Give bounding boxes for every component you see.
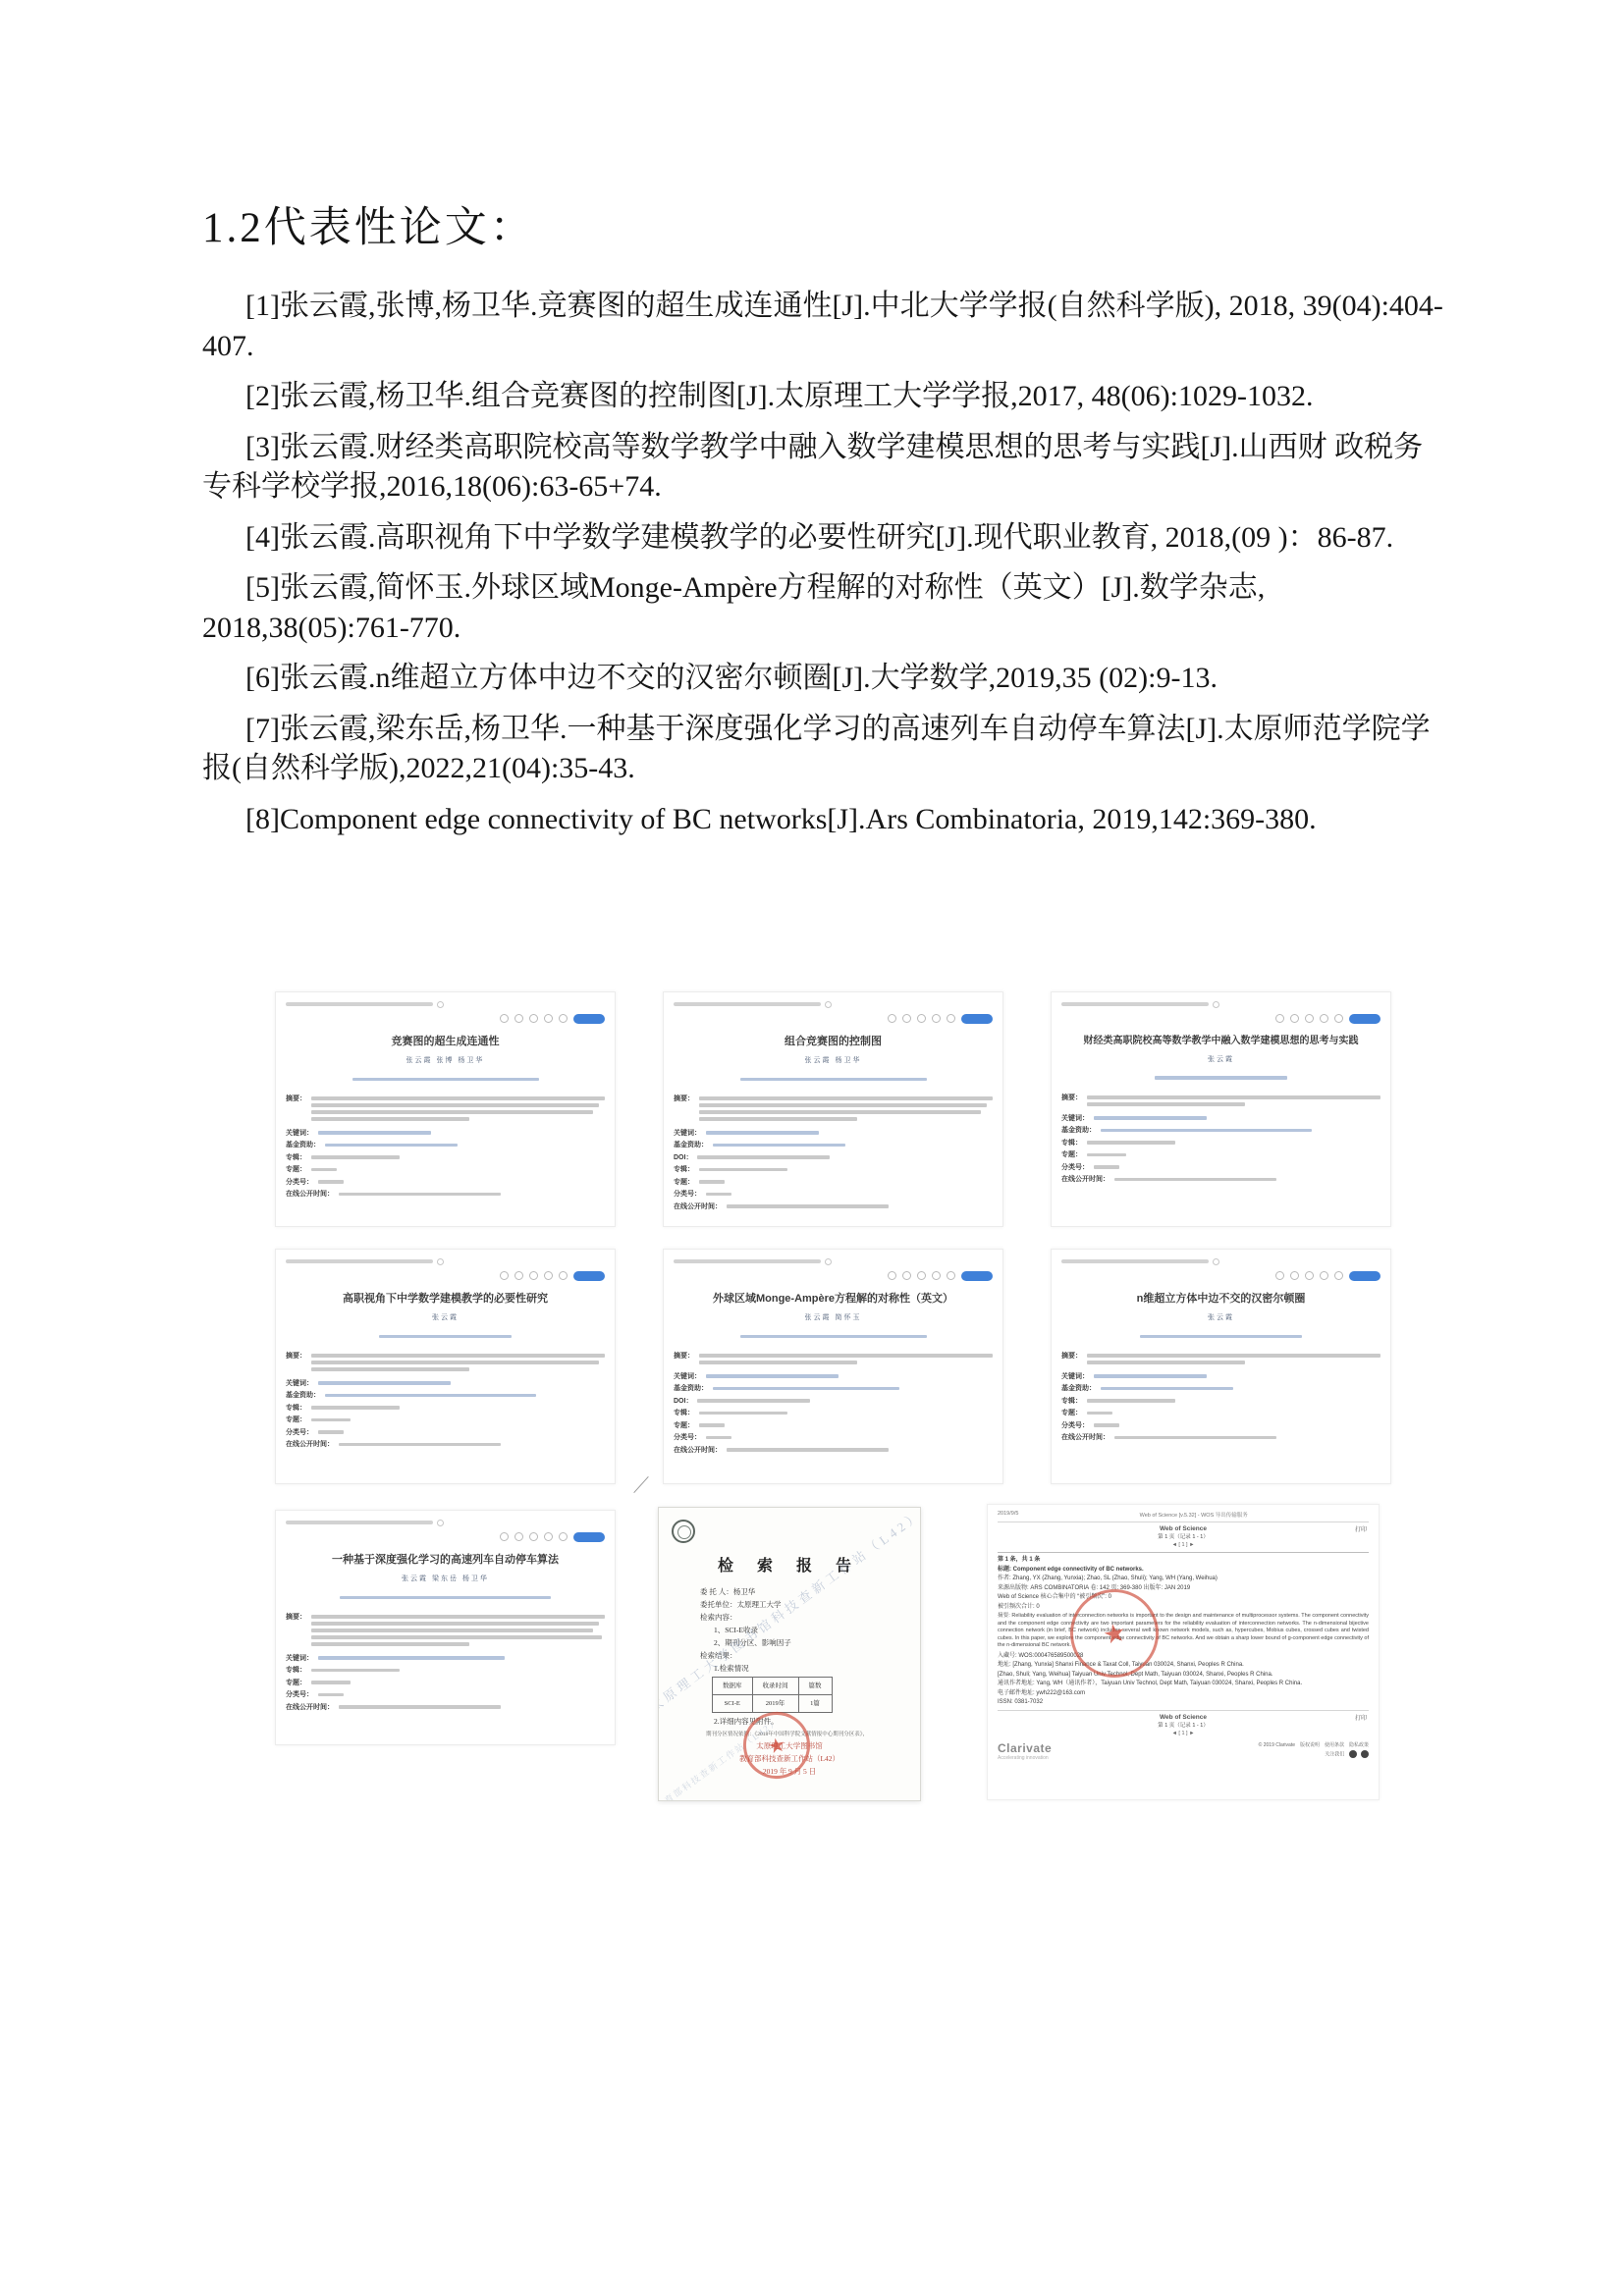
toolbar-icon bbox=[529, 1271, 538, 1280]
blurred-text-bar bbox=[1094, 1423, 1119, 1427]
toolbar-icon bbox=[1275, 1014, 1284, 1023]
blurred-text-bar bbox=[311, 1669, 400, 1673]
page-indicator: 第 1 页（记录 1 - 1） bbox=[998, 1533, 1369, 1541]
blurred-text-line bbox=[699, 1103, 987, 1107]
keywords-label: 关键词： bbox=[674, 1130, 701, 1137]
thumb-breadcrumb bbox=[1061, 1000, 1380, 1008]
online-date-label: 在线公开时间： bbox=[1061, 1434, 1110, 1441]
thumbnail-paper-1: 竞赛图的超生成连通性 张云霞 张博 杨卫华 摘要： 关键词： 基金资助： 专辑：… bbox=[275, 991, 616, 1227]
toolbar-icon bbox=[1320, 1014, 1328, 1023]
wos-pagination-bottom: Web of Science 第 1 页（记录 1 - 1） ◄ [ 1 ] ►… bbox=[998, 1714, 1369, 1737]
blurred-text-bar bbox=[713, 1144, 845, 1148]
blurred-text-bar bbox=[379, 1335, 512, 1339]
blurred-text-bar bbox=[1094, 1165, 1119, 1169]
thumb-breadcrumb bbox=[286, 1519, 605, 1526]
email-address: 电子邮件地址: ywh222@163.com bbox=[998, 1689, 1369, 1698]
blurred-text-bar bbox=[1114, 1178, 1276, 1182]
thumb-toolbar bbox=[286, 1270, 605, 1281]
topic-label: 专题： bbox=[674, 1422, 694, 1429]
blurred-text-line bbox=[311, 1629, 593, 1632]
clc-label: 分类号： bbox=[1061, 1164, 1089, 1171]
blurred-text-bar bbox=[318, 1430, 344, 1434]
pager-arrows: ◄ [ 1 ] ► bbox=[998, 1541, 1369, 1549]
blurred-text-bar bbox=[1087, 1153, 1126, 1157]
read-button bbox=[1349, 1271, 1380, 1281]
doi-label: DOI： bbox=[674, 1154, 692, 1161]
read-button bbox=[573, 1014, 605, 1024]
blurred-text-bar bbox=[1140, 1335, 1302, 1339]
blurred-text-bar bbox=[318, 1381, 451, 1385]
footer-links-line: © 2019 Clarivate 版权说明 使用条款 隐私政策 bbox=[1259, 1741, 1369, 1750]
blurred-text-bar bbox=[339, 1443, 501, 1447]
reference-item: [7]张云霞,梁东岳,杨卫华.一种基于深度强化学习的高速列车自动停车算法[J].… bbox=[202, 710, 1449, 789]
blurred-text-bar bbox=[311, 1155, 400, 1159]
result-heading: 检索结果： bbox=[700, 1649, 920, 1662]
clarivate-wordmark: Clarivate bbox=[998, 1741, 1052, 1755]
thumbnail-paper-5: 外球区域Monge-Ampère方程解的对称性（英文） 张云霞 简怀玉 摘要： … bbox=[663, 1249, 1003, 1484]
pager-arrows: ◄ [ 1 ] ► bbox=[998, 1730, 1369, 1737]
online-date-label: 在线公开时间： bbox=[674, 1447, 722, 1454]
blurred-text-line bbox=[699, 1354, 993, 1358]
thumb-paper-affiliation bbox=[1061, 1069, 1380, 1087]
thumb-paper-authors: 张云霞 bbox=[1061, 1054, 1380, 1064]
toolbar-icon bbox=[888, 1271, 896, 1280]
thumb-paper-title: 外球区域Monge-Ampère方程解的对称性（英文） bbox=[674, 1293, 993, 1307]
blurred-text-bar bbox=[318, 1131, 431, 1135]
toolbar-icon bbox=[1290, 1014, 1299, 1023]
read-button bbox=[961, 1271, 993, 1281]
follow-us-label: 关注我们 bbox=[1325, 1751, 1344, 1757]
thumb-breadcrumb bbox=[674, 1257, 993, 1265]
doi-label: DOI： bbox=[674, 1398, 692, 1405]
info-icon bbox=[1213, 1001, 1219, 1008]
thumb-breadcrumb bbox=[1061, 1257, 1380, 1265]
read-button bbox=[961, 1014, 993, 1024]
thumb-paper-authors: 张云霞 简怀玉 bbox=[674, 1312, 993, 1322]
blurred-text-bar bbox=[699, 1180, 725, 1184]
blurred-text-bar bbox=[699, 1412, 787, 1415]
blurred-text-bar bbox=[318, 1656, 505, 1660]
table-cell: SCI-E bbox=[713, 1695, 753, 1713]
toolbar-icon bbox=[1334, 1014, 1343, 1023]
toolbar-icon bbox=[932, 1271, 941, 1280]
retrieval-result-table: 数据库 收录时间 篇数 SCI-E 2019年 1篇 bbox=[712, 1677, 833, 1713]
blurred-text-bar bbox=[1087, 1412, 1112, 1415]
record-count: 第 1 条，共 1 条 bbox=[998, 1556, 1369, 1565]
blurred-text-line bbox=[699, 1096, 993, 1100]
fund-label: 基金资助： bbox=[1061, 1127, 1096, 1134]
thumb-paper-affiliation bbox=[286, 1588, 605, 1606]
thumb-meta-rows: 摘要： 关键词： 基金资助： 专辑： 专题： 分类号： 在线公开时间： bbox=[1061, 1095, 1380, 1184]
blurred-text-bar bbox=[1094, 1374, 1207, 1378]
online-date-label: 在线公开时间： bbox=[674, 1203, 722, 1210]
university-seal-icon bbox=[672, 1520, 695, 1543]
album-label: 专辑： bbox=[286, 1405, 306, 1412]
thumb-paper-affiliation bbox=[1061, 1327, 1380, 1345]
content-heading: 检索内容： bbox=[700, 1611, 920, 1624]
blurred-text-bar bbox=[699, 1168, 787, 1172]
record-authors: 作者: Zhang, YX (Zhang, Yunxia); Zhao, SL … bbox=[998, 1575, 1369, 1583]
blurred-text-bar bbox=[352, 1078, 539, 1082]
blurred-text-bar bbox=[340, 1596, 551, 1600]
online-date-label: 在线公开时间： bbox=[286, 1441, 334, 1448]
social-icon bbox=[1361, 1750, 1369, 1758]
toolbar-icon bbox=[500, 1532, 509, 1541]
web-of-science-report: 2019/9/5 Web of Science [v.5.32] - WOS 导… bbox=[987, 1504, 1380, 1800]
blurred-text-line bbox=[699, 1361, 857, 1364]
blurred-text-bar bbox=[286, 1002, 433, 1006]
fund-label: 基金资助： bbox=[286, 1392, 320, 1399]
abstract-label: 摘要： bbox=[1061, 1353, 1082, 1360]
content-item: 1、SCI-E收录 bbox=[714, 1624, 920, 1636]
keywords-label: 关键词： bbox=[286, 1130, 313, 1137]
toolbar-icon bbox=[500, 1271, 509, 1280]
blurred-text-line bbox=[699, 1110, 981, 1114]
toolbar-icon bbox=[1305, 1014, 1314, 1023]
thumb-toolbar bbox=[286, 1531, 605, 1542]
toolbar-icon bbox=[947, 1271, 955, 1280]
clc-label: 分类号： bbox=[286, 1179, 313, 1186]
certificate-note: 期刊分区情况依据：《2018年中国科学院文献情报中心期刊分区表》， bbox=[706, 1731, 920, 1738]
read-button bbox=[1349, 1014, 1380, 1024]
reference-item: [6]张云霞.n维超立方体中边不交的汉密尔顿圈[J].大学数学,2019,35 … bbox=[202, 659, 1449, 699]
record-address: [Zhao, Shuli; Yang, Weihua] Taiyuan Univ… bbox=[998, 1671, 1369, 1680]
toolbar-icon bbox=[947, 1014, 955, 1023]
times-cited-total: 被引频次合计: 0 bbox=[998, 1603, 1369, 1612]
abstract-label: 摘要： bbox=[674, 1095, 694, 1102]
wos-pagination-top: Web of Science 第 1 页（记录 1 - 1） ◄ [ 1 ] ►… bbox=[998, 1525, 1369, 1549]
toolbar-icon bbox=[1290, 1271, 1299, 1280]
keywords-label: 关键词： bbox=[1061, 1373, 1089, 1380]
thumb-toolbar bbox=[1061, 1013, 1380, 1024]
info-icon bbox=[437, 1001, 444, 1008]
blurred-text-bar bbox=[1101, 1387, 1233, 1391]
issn: ISSN: 0381-7032 bbox=[998, 1698, 1369, 1707]
reference-item: [3]张云霞.财经类高职院校高等数学教学中融入数学建模思想的思考与实践[J].山… bbox=[202, 428, 1449, 507]
blurred-text-line bbox=[311, 1642, 469, 1646]
toolbar-icon bbox=[529, 1014, 538, 1023]
blurred-text-line bbox=[1087, 1361, 1245, 1364]
blurred-text-bar bbox=[706, 1374, 839, 1378]
thumbnail-paper-3: 财经类高职院校高等数学教学中融入数学建模思想的思考与实践 张云霞 摘要： 关键词… bbox=[1051, 991, 1391, 1227]
blurred-text-bar bbox=[706, 1436, 731, 1440]
toolbar-icon bbox=[559, 1014, 568, 1023]
blurred-text-line bbox=[311, 1117, 469, 1121]
thumb-paper-authors: 张云霞 bbox=[1061, 1312, 1380, 1322]
toolbar-icon bbox=[902, 1014, 911, 1023]
thumb-paper-authors: 张云霞 bbox=[286, 1312, 605, 1322]
abstract-label: 摘要： bbox=[286, 1095, 306, 1102]
reference-item: [5]张云霞,简怀玉.外球区域Monge-Ampère方程解的对称性（英文）[J… bbox=[202, 568, 1449, 648]
clc-label: 分类号： bbox=[286, 1429, 313, 1436]
info-icon bbox=[825, 1258, 832, 1265]
record-source: 来源出版物: ARS COMBINATORIA 卷: 142 页: 369-38… bbox=[998, 1584, 1369, 1593]
blurred-text-line bbox=[311, 1096, 605, 1100]
record-title: 标题: Component edge connectivity of BC ne… bbox=[998, 1566, 1369, 1575]
toolbar-icon bbox=[1320, 1271, 1328, 1280]
blurred-text-bar bbox=[727, 1204, 889, 1208]
online-date-label: 在线公开时间： bbox=[286, 1191, 334, 1198]
blurred-text-line bbox=[1087, 1095, 1380, 1099]
thumb-breadcrumb bbox=[286, 1257, 605, 1265]
thumb-paper-title: 高职视角下中学数学建模教学的必要性研究 bbox=[286, 1293, 605, 1307]
blurred-text-bar bbox=[339, 1705, 501, 1709]
blurred-text-bar bbox=[311, 1418, 351, 1422]
content-item: 2、期刊分区、影响因子 bbox=[714, 1636, 920, 1649]
blurred-text-line bbox=[311, 1622, 599, 1626]
blurred-text-bar bbox=[318, 1180, 344, 1184]
page-indicator: 第 1 页（记录 1 - 1） bbox=[998, 1722, 1369, 1730]
table-cell: 1篇 bbox=[798, 1695, 832, 1713]
info-icon bbox=[437, 1258, 444, 1265]
accession-number: 入藏号: WOS:000476589500028 bbox=[998, 1652, 1369, 1661]
thumb-paper-title: 一种基于深度强化学习的高速列车自动停车算法 bbox=[286, 1554, 605, 1568]
blurred-text-bar bbox=[325, 1144, 458, 1148]
abstract-label: 摘要： bbox=[1061, 1095, 1082, 1101]
album-label: 专辑： bbox=[286, 1667, 306, 1674]
thumb-toolbar bbox=[286, 1013, 605, 1024]
result-item: 2.详细内容见附件。 bbox=[714, 1715, 920, 1728]
info-icon bbox=[825, 1001, 832, 1008]
blurred-text-bar bbox=[311, 1406, 400, 1410]
toolbar-icon bbox=[544, 1532, 553, 1541]
record-abstract: 摘要: Reliability evaluation of interconne… bbox=[998, 1613, 1369, 1650]
blurred-text-bar bbox=[706, 1193, 731, 1197]
thumb-meta-rows: 摘要： 关键词： 专辑： 专题： 分类号： 在线公开时间： bbox=[286, 1614, 605, 1711]
toolbar-icon bbox=[500, 1014, 509, 1023]
page-corner-mark bbox=[633, 1476, 648, 1493]
thumb-meta-rows: 摘要： 关键词： 基金资助： 专辑： 专题： 分类号： 在线公开时间： bbox=[1061, 1353, 1380, 1442]
blurred-text-bar bbox=[740, 1078, 927, 1082]
record-address: 地址: [Zhang, Yunxia] Shanxi Finance & Tax… bbox=[998, 1661, 1369, 1670]
section-title: 1.2代表性论文： bbox=[202, 194, 535, 254]
blurred-text-line bbox=[311, 1110, 593, 1114]
blurred-text-line bbox=[1087, 1354, 1380, 1358]
thumb-paper-affiliation bbox=[286, 1070, 605, 1088]
thumb-meta-rows: 摘要： 关键词： 基金资助： DOI： 专辑： 专题： 分类号： 在线公开时间： bbox=[674, 1095, 993, 1210]
thumb-paper-title: 竞赛图的超生成连通性 bbox=[286, 1036, 605, 1049]
fund-label: 基金资助： bbox=[674, 1385, 708, 1392]
topic-label: 专题： bbox=[1061, 1151, 1082, 1158]
blurred-text-bar bbox=[713, 1387, 899, 1391]
toolbar-icon bbox=[544, 1014, 553, 1023]
blurred-text-bar bbox=[1087, 1399, 1175, 1403]
topic-label: 专题： bbox=[286, 1680, 306, 1686]
album-label: 专辑： bbox=[674, 1166, 694, 1173]
toolbar-icon bbox=[514, 1271, 523, 1280]
blurred-text-bar bbox=[286, 1259, 433, 1263]
blurred-text-bar bbox=[318, 1693, 344, 1697]
blurred-text-bar bbox=[325, 1394, 536, 1398]
reference-list: [1]张云霞,张博,杨卫华.竞赛图的超生成连通性[J].中北大学学报(自然科学版… bbox=[202, 287, 1449, 850]
toolbar-icon bbox=[1334, 1271, 1343, 1280]
keywords-label: 关键词： bbox=[286, 1655, 313, 1662]
keywords-label: 关键词： bbox=[286, 1380, 313, 1387]
toolbar-icon bbox=[1275, 1271, 1284, 1280]
blurred-text-line bbox=[311, 1367, 469, 1371]
abstract-label: 摘要： bbox=[286, 1614, 306, 1621]
thumb-toolbar bbox=[1061, 1270, 1380, 1281]
blurred-text-bar bbox=[311, 1168, 337, 1172]
thumb-paper-authors: 张云霞 杨卫华 bbox=[674, 1055, 993, 1065]
fund-label: 基金资助： bbox=[674, 1142, 708, 1148]
thumb-breadcrumb bbox=[674, 1000, 993, 1008]
online-date-label: 在线公开时间： bbox=[1061, 1176, 1110, 1183]
topic-label: 专题： bbox=[674, 1179, 694, 1186]
table-cell: 2019年 bbox=[752, 1695, 798, 1713]
certificate-title: 检 索 报 告 bbox=[659, 1553, 920, 1575]
blurred-text-line bbox=[311, 1361, 599, 1364]
toolbar-icon bbox=[559, 1532, 568, 1541]
album-label: 专辑： bbox=[674, 1410, 694, 1416]
wos-brand: Web of Science bbox=[998, 1525, 1369, 1533]
print-link: 打印 bbox=[1355, 1526, 1367, 1534]
blurred-text-bar bbox=[1114, 1436, 1276, 1440]
fund-label: 基金资助： bbox=[1061, 1385, 1096, 1392]
toolbar-icon bbox=[544, 1271, 553, 1280]
thumbnail-paper-4: 高职视角下中学数学建模教学的必要性研究 张云霞 摘要： 关键词： 基金资助： 专… bbox=[275, 1249, 616, 1484]
read-button bbox=[573, 1271, 605, 1281]
abstract-label: 摘要： bbox=[674, 1353, 694, 1360]
abstract-label: 摘要： bbox=[286, 1353, 306, 1360]
read-button bbox=[573, 1532, 605, 1542]
toolbar-icon bbox=[917, 1271, 926, 1280]
print-date: 2019/9/5 bbox=[998, 1511, 1018, 1519]
client-org-line: 委托单位：太原理工大学 bbox=[700, 1598, 920, 1611]
info-icon bbox=[437, 1520, 444, 1526]
times-cited-core: Web of Science 核心合集中的 “被引频次”: 0 bbox=[998, 1593, 1369, 1602]
toolbar-icon bbox=[902, 1271, 911, 1280]
thumb-meta-rows: 摘要： 关键词： 基金资助： DOI： 专辑： 专题： 分类号： 在线公开时间： bbox=[674, 1353, 993, 1454]
blurred-text-bar bbox=[674, 1259, 821, 1263]
blurred-text-bar bbox=[1094, 1116, 1207, 1120]
toolbar-icon bbox=[559, 1271, 568, 1280]
print-link: 打印 bbox=[1355, 1715, 1367, 1723]
blurred-text-bar bbox=[1155, 1076, 1287, 1080]
retrieval-report-certificate: 太原理工大学图书馆科技查新工作站（L42） 教育部科技查新工作站（L42） 检 … bbox=[658, 1507, 921, 1801]
toolbar-icon bbox=[917, 1014, 926, 1023]
thumb-meta-rows: 摘要： 关键词： 基金资助： 专辑： 专题： 分类号： 在线公开时间： bbox=[286, 1095, 605, 1199]
thumbnail-paper-2: 组合竞赛图的控制图 张云霞 杨卫华 摘要： 关键词： 基金资助： DOI： 专辑… bbox=[663, 991, 1003, 1227]
wos-brand: Web of Science bbox=[998, 1714, 1369, 1722]
blurred-text-line bbox=[311, 1103, 599, 1107]
blurred-text-bar bbox=[1061, 1259, 1209, 1263]
thumb-breadcrumb bbox=[286, 1000, 605, 1008]
blurred-text-bar bbox=[311, 1681, 351, 1684]
thumb-paper-title: 财经类高职院校高等数学教学中融入数学建模思想的思考与实践 bbox=[1061, 1036, 1380, 1048]
result-item: 1.检索情况 bbox=[714, 1662, 920, 1675]
thumb-paper-affiliation bbox=[286, 1327, 605, 1345]
keywords-label: 关键词： bbox=[1061, 1115, 1089, 1122]
info-icon bbox=[1213, 1258, 1219, 1265]
table-header: 收录时间 bbox=[752, 1678, 798, 1695]
table-row: SCI-E 2019年 1篇 bbox=[713, 1695, 833, 1713]
blurred-text-bar bbox=[697, 1155, 830, 1159]
topic-label: 专题： bbox=[1061, 1410, 1082, 1416]
blurred-text-bar bbox=[727, 1448, 889, 1452]
toolbar-icon bbox=[888, 1014, 896, 1023]
table-header: 数据库 bbox=[713, 1678, 753, 1695]
blurred-text-bar bbox=[1087, 1141, 1175, 1145]
toolbar-icon bbox=[514, 1014, 523, 1023]
clc-label: 分类号： bbox=[286, 1691, 313, 1698]
thumbnail-paper-7: 一种基于深度强化学习的高速列车自动停车算法 张云霞 梁东岳 杨卫华 摘要： 关键… bbox=[275, 1510, 616, 1745]
fund-label: 基金资助： bbox=[286, 1142, 320, 1148]
thumb-paper-affiliation bbox=[674, 1070, 993, 1088]
reference-item: [1]张云霞,张博,杨卫华.竞赛图的超生成连通性[J].中北大学学报(自然科学版… bbox=[202, 287, 1449, 366]
certificate-body: 委 托 人：杨卫华 委托单位：太原理工大学 检索内容： 1、SCI-E收录 2、… bbox=[700, 1585, 920, 1738]
clc-label: 分类号： bbox=[674, 1434, 701, 1441]
blurred-text-bar bbox=[339, 1193, 501, 1197]
clarivate-tagline: Accelerating innovation bbox=[998, 1755, 1052, 1761]
thumb-toolbar bbox=[674, 1013, 993, 1024]
online-date-label: 在线公开时间： bbox=[286, 1704, 334, 1711]
clarivate-logo: Clarivate Accelerating innovation bbox=[998, 1741, 1052, 1761]
blurred-text-line bbox=[311, 1354, 605, 1358]
wos-export-header: Web of Science [v.5.32] - WOS 导出传输服务 bbox=[1140, 1511, 1248, 1519]
thumb-paper-title: 组合竞赛图的控制图 bbox=[674, 1036, 993, 1049]
topic-label: 专题： bbox=[286, 1416, 306, 1423]
wos-footer-links: © 2019 Clarivate 版权说明 使用条款 隐私政策 关注我们 bbox=[1259, 1741, 1369, 1761]
blurred-text-line bbox=[311, 1615, 605, 1619]
toolbar-icon bbox=[1305, 1271, 1314, 1280]
thumb-meta-rows: 摘要： 关键词： 基金资助： 专辑： 专题： 分类号： 在线公开时间： bbox=[286, 1353, 605, 1449]
table-header: 篇数 bbox=[798, 1678, 832, 1695]
reference-item: [4]张云霞.高职视角下中学数学建模教学的必要性研究[J].现代职业教育, 20… bbox=[202, 518, 1449, 559]
thumb-paper-authors: 张云霞 张博 杨卫华 bbox=[286, 1055, 605, 1065]
toolbar-icon bbox=[932, 1014, 941, 1023]
applicant-line: 委 托 人：杨卫华 bbox=[700, 1585, 920, 1598]
reference-item: [2]张云霞,杨卫华.组合竞赛图的控制图[J].太原理工大学学报,2017, 4… bbox=[202, 377, 1449, 417]
album-label: 专辑： bbox=[1061, 1398, 1082, 1405]
album-label: 专辑： bbox=[286, 1154, 306, 1161]
blurred-text-bar bbox=[699, 1423, 725, 1427]
blurred-text-bar bbox=[697, 1399, 810, 1403]
blurred-text-line bbox=[311, 1635, 602, 1639]
document-page: 1.2代表性论文： [1]张云霞,张博,杨卫华.竞赛图的超生成连通性[J].中北… bbox=[0, 0, 1624, 2296]
thumb-paper-title: n维超立方体中边不交的汉密尔顿圈 bbox=[1061, 1293, 1380, 1307]
reference-item: [8]Component edge connectivity of BC net… bbox=[202, 800, 1449, 840]
blurred-text-bar bbox=[1061, 1002, 1209, 1006]
social-icon bbox=[1349, 1750, 1357, 1758]
thumbnail-paper-6: n维超立方体中边不交的汉密尔顿圈 张云霞 摘要： 关键词： 基金资助： 专辑： … bbox=[1051, 1249, 1391, 1484]
album-label: 专辑： bbox=[1061, 1140, 1082, 1147]
blurred-text-line bbox=[1087, 1102, 1245, 1106]
toolbar-icon bbox=[514, 1532, 523, 1541]
blurred-text-line bbox=[699, 1117, 857, 1121]
blurred-text-bar bbox=[1101, 1129, 1312, 1133]
blurred-text-bar bbox=[674, 1002, 821, 1006]
thumb-paper-affiliation bbox=[674, 1327, 993, 1345]
blurred-text-bar bbox=[740, 1335, 927, 1339]
corresponding-address: 通讯作者地址: Yang, WH（通讯作者），Taiyuan Univ Tech… bbox=[998, 1680, 1369, 1688]
toolbar-icon bbox=[529, 1532, 538, 1541]
thumb-paper-authors: 张云霞 梁东岳 杨卫华 bbox=[286, 1574, 605, 1583]
clc-label: 分类号： bbox=[1061, 1422, 1089, 1429]
clc-label: 分类号： bbox=[674, 1191, 701, 1198]
topic-label: 专题： bbox=[286, 1166, 306, 1173]
blurred-text-bar bbox=[706, 1131, 819, 1135]
blurred-text-bar bbox=[286, 1521, 433, 1524]
keywords-label: 关键词： bbox=[674, 1373, 701, 1380]
thumb-toolbar bbox=[674, 1270, 993, 1281]
